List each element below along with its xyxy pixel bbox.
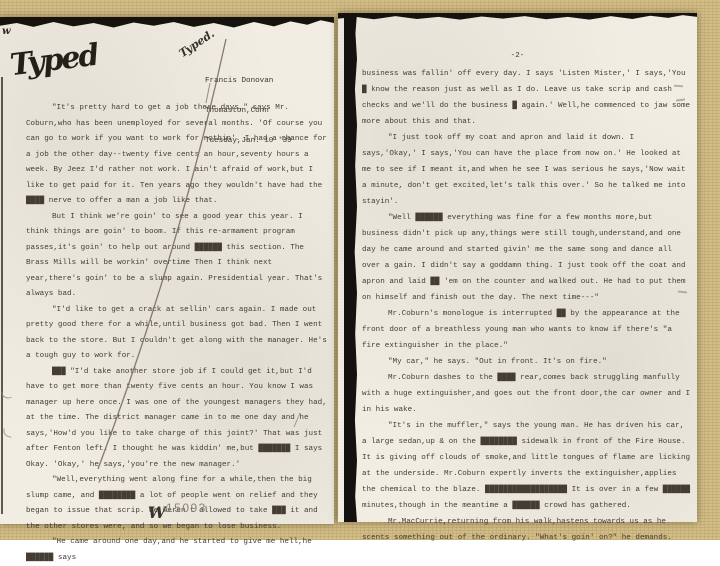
corner-pencil-mark: w: [2, 26, 11, 37]
scanned-document-spread: w Typed Typed. Francis Donovan Thomaston…: [0, 0, 720, 540]
page2-torn-top-edge: [338, 13, 697, 20]
paragraph: ███ "I'd take another store job if I cou…: [26, 365, 328, 474]
stamp-prefix: W: [148, 503, 166, 522]
paragraph: Mr.MacCurrie,returning from his walk,has…: [362, 514, 692, 540]
catalog-number-stamp: W15093: [148, 501, 207, 522]
paragraph: business was fallin' off every day. I sa…: [362, 66, 692, 130]
paragraph: "He came around one day,and he started t…: [26, 535, 328, 540]
paragraph: Mr.Coburn dashes to the ████ rear,comes …: [362, 370, 692, 418]
document-page-1: w Typed Typed. Francis Donovan Thomaston…: [0, 17, 334, 524]
page2-torn-left-edge: [344, 13, 357, 522]
paragraph: "It's pretty hard to get a job these day…: [26, 101, 328, 210]
page1-scan-edge: [1, 77, 3, 514]
paragraph: "Well ██████ everything was fine for a f…: [362, 210, 692, 306]
paragraph: "It's in the muffler," says the young ma…: [362, 418, 692, 514]
paragraph: "My car," he says. "Out in front. It's o…: [362, 354, 692, 370]
page-number: -2-: [338, 52, 697, 60]
document-page-2: -2- business was fallin' off every day. …: [338, 13, 697, 522]
page1-torn-top-edge: [0, 17, 334, 28]
paragraph: Mr.Coburn's monologue is interrupted ██ …: [362, 306, 692, 354]
stamp-number: 15093: [166, 501, 207, 515]
page2-body: business was fallin' off every day. I sa…: [362, 66, 692, 540]
header-author: Francis Donovan: [205, 76, 292, 86]
handwritten-typed-annotation: Typed: [8, 38, 99, 83]
paragraph: "I just took off my coat and apron and l…: [362, 130, 692, 210]
margin-pencil-mark: [2, 428, 12, 437]
page1-body: "It's pretty hard to get a job these day…: [26, 101, 328, 540]
paragraph: But I think we're goin' to see a good ye…: [26, 210, 328, 303]
paragraph: "I'd like to get a crack at sellin' cars…: [26, 303, 328, 365]
